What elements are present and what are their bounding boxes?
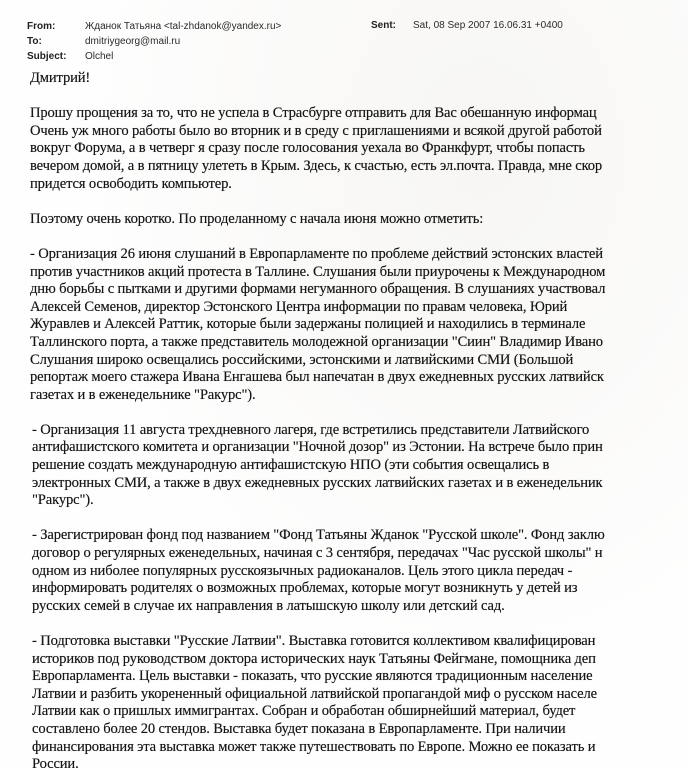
subject-value: Olchel: [85, 51, 113, 62]
body-line: Прошу прощения за то, что не успела в Ст…: [30, 105, 622, 123]
body-line: России.: [30, 756, 622, 768]
body-line: историков под руководством доктора истор…: [30, 651, 622, 669]
body-line: антифашистского комитета и организации "…: [30, 439, 622, 457]
body-line: "Ракурс").: [30, 492, 622, 510]
body-line: составлено более 20 стендов. Выставка бу…: [30, 721, 622, 739]
sent-value: Sat, 08 Sep 2007 16.06.31 +0400: [413, 20, 563, 31]
body-line: Журавлев и Алексей Раттик, которые были …: [30, 316, 622, 334]
email-body: Дмитрий! Прошу прощения за то, что не ус…: [30, 70, 622, 768]
body-line: русских семей в случае их направления в …: [30, 598, 622, 616]
body-line: Европарламента. Цель выставки - показать…: [30, 668, 622, 686]
body-line: электронных СМИ, а также в двух ежедневн…: [30, 475, 622, 493]
subject-label: Subject:: [27, 51, 66, 62]
body-line: придется освободить компьютер.: [30, 176, 622, 194]
body-line: договор о регулярных еженедельных, начин…: [30, 545, 622, 563]
body-paragraph: - Подготовка выставки "Русские Латвии". …: [30, 633, 622, 768]
body-paragraphs: Прошу прощения за то, что не успела в Ст…: [30, 105, 622, 768]
body-paragraph: - Организация 11 августа трехдневного ла…: [30, 422, 622, 510]
body-paragraph: - Организация 26 июня слушаний в Европар…: [30, 246, 622, 404]
body-line: решение создать международную антифашист…: [30, 457, 622, 475]
body-line: газетах и в еженедельнике "Ракурс").: [30, 387, 622, 405]
body-line: Поэтому очень коротко. По проделанному с…: [30, 211, 622, 229]
from-label: From:: [27, 21, 55, 32]
body-line: - Зарегистрирован фонд под названием "Фо…: [30, 527, 622, 545]
body-line: - Подготовка выставки "Русские Латвии". …: [30, 633, 622, 651]
body-line: репортаж моего стажера Ивана Енгашева бы…: [30, 369, 622, 387]
sent-label: Sent:: [371, 20, 396, 31]
body-line: - Организация 11 августа трехдневного ла…: [30, 422, 622, 440]
body-line: Очень уж много работы было во вторник и …: [30, 123, 622, 141]
body-line: вокруг Форума, а в четверг я сразу после…: [30, 140, 622, 158]
body-line: информировать родителях о возможных проб…: [30, 580, 622, 598]
body-line: Латвии как о пришлых иммигрантах. Собран…: [30, 703, 622, 721]
body-line: вечером домой, а в пятницу улететь в Кры…: [30, 158, 622, 176]
body-paragraph: - Зарегистрирован фонд под названием "Фо…: [30, 527, 622, 615]
body-paragraph: Прошу прощения за то, что не успела в Ст…: [30, 105, 622, 193]
body-line: Таллинского порта, а также представитель…: [30, 334, 622, 352]
from-value: Жданок Татьяна <tal-zhdanok@yandex.ru>: [85, 21, 281, 32]
body-line: - Организация 26 июня слушаний в Европар…: [30, 246, 622, 264]
body-line: финансирования эта выставка может также …: [30, 739, 622, 757]
body-line: одном из ниболее популярных русскоязычны…: [30, 563, 622, 581]
to-label: To:: [27, 36, 42, 47]
body-paragraph: Поэтому очень коротко. По проделанному с…: [30, 211, 622, 229]
body-line: против участников акций протеста в Талли…: [30, 264, 622, 282]
body-line: Алексей Семенов, директор Эстонского Цен…: [30, 299, 622, 317]
scanned-email-page: From: Жданок Татьяна <tal-zhdanok@yandex…: [0, 0, 688, 768]
greeting: Дмитрий!: [30, 70, 622, 88]
body-line: Слушания широко освещались российскими, …: [30, 352, 622, 370]
to-value: dmitriygeorg@mail.ru: [85, 36, 180, 47]
body-line: Латвии и разбить укорененный официальной…: [30, 686, 622, 704]
body-line: дню борьбы с пытками и другими формами н…: [30, 281, 622, 299]
